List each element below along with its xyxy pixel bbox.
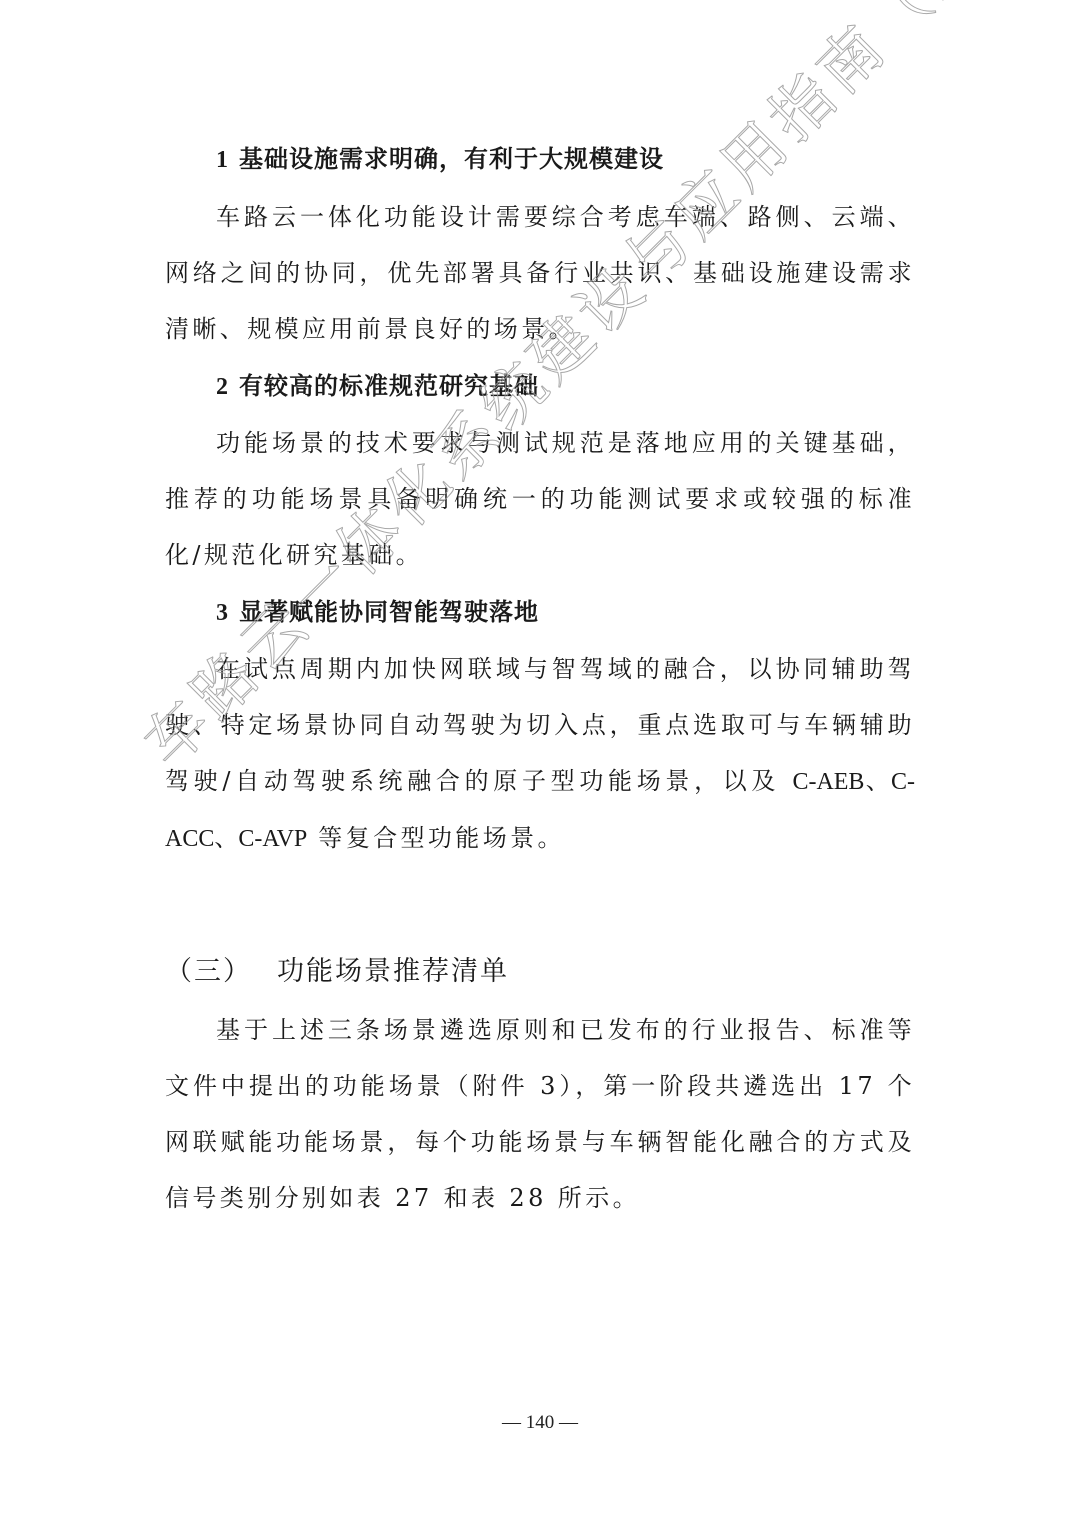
section-number: （三） <box>165 952 277 992</box>
page-number: — 140 — <box>0 1410 1080 1436</box>
subsection-number: 3 <box>216 600 229 626</box>
subsection-body-2: 功能场景的技术要求与测试规范是落地应用的关键基础，推荐的功能场景具备明确统一的功… <box>165 415 915 583</box>
section-body: 基于上述三条场景遴选原则和已发布的行业报告、标准等文件中提出的功能场景（附件 3… <box>165 1002 915 1226</box>
paragraph: 在试点周期内加快网联域与智驾域的融合，以协同辅助驾驶、特定场景协同自动驾驶为切入… <box>165 641 915 867</box>
subsection-heading-1: 1基础设施需求明确，有利于大规模建设 <box>216 143 664 176</box>
paragraph: 基于上述三条场景遴选原则和已发布的行业报告、标准等文件中提出的功能场景（附件 3… <box>165 1002 915 1226</box>
section-title: 功能场景推荐清单 <box>277 956 509 987</box>
paragraph-text: 等复合型功能场景。 <box>307 824 565 852</box>
subsection-title: 有较高的标准规范研究基础 <box>239 371 539 400</box>
subsection-body-1: 车路云一体化功能设计需要综合考虑车端、路侧、云端、网络之间的协同，优先部署具备行… <box>165 189 915 357</box>
subsection-title: 基础设施需求明确，有利于大规模建设 <box>239 144 664 173</box>
section-heading: （三）功能场景推荐清单 <box>165 952 509 992</box>
subsection-heading-2: 2有较高的标准规范研究基础 <box>216 370 539 403</box>
paragraph: 车路云一体化功能设计需要综合考虑车端、路侧、云端、网络之间的协同，优先部署具备行… <box>165 189 915 357</box>
subsection-title: 显著赋能协同智能驾驶落地 <box>239 597 539 626</box>
paragraph: 功能场景的技术要求与测试规范是落地应用的关键基础，推荐的功能场景具备明确统一的功… <box>165 415 915 583</box>
subsection-number: 2 <box>216 374 229 400</box>
document-page: 1基础设施需求明确，有利于大规模建设 车路云一体化功能设计需要综合考虑车端、路侧… <box>0 0 1080 1527</box>
subsection-number: 1 <box>216 147 229 173</box>
subsection-heading-3: 3显著赋能协同智能驾驶落地 <box>216 596 539 629</box>
subsection-body-3: 在试点周期内加快网联域与智驾域的融合，以协同辅助驾驶、特定场景协同自动驾驶为切入… <box>165 641 915 867</box>
